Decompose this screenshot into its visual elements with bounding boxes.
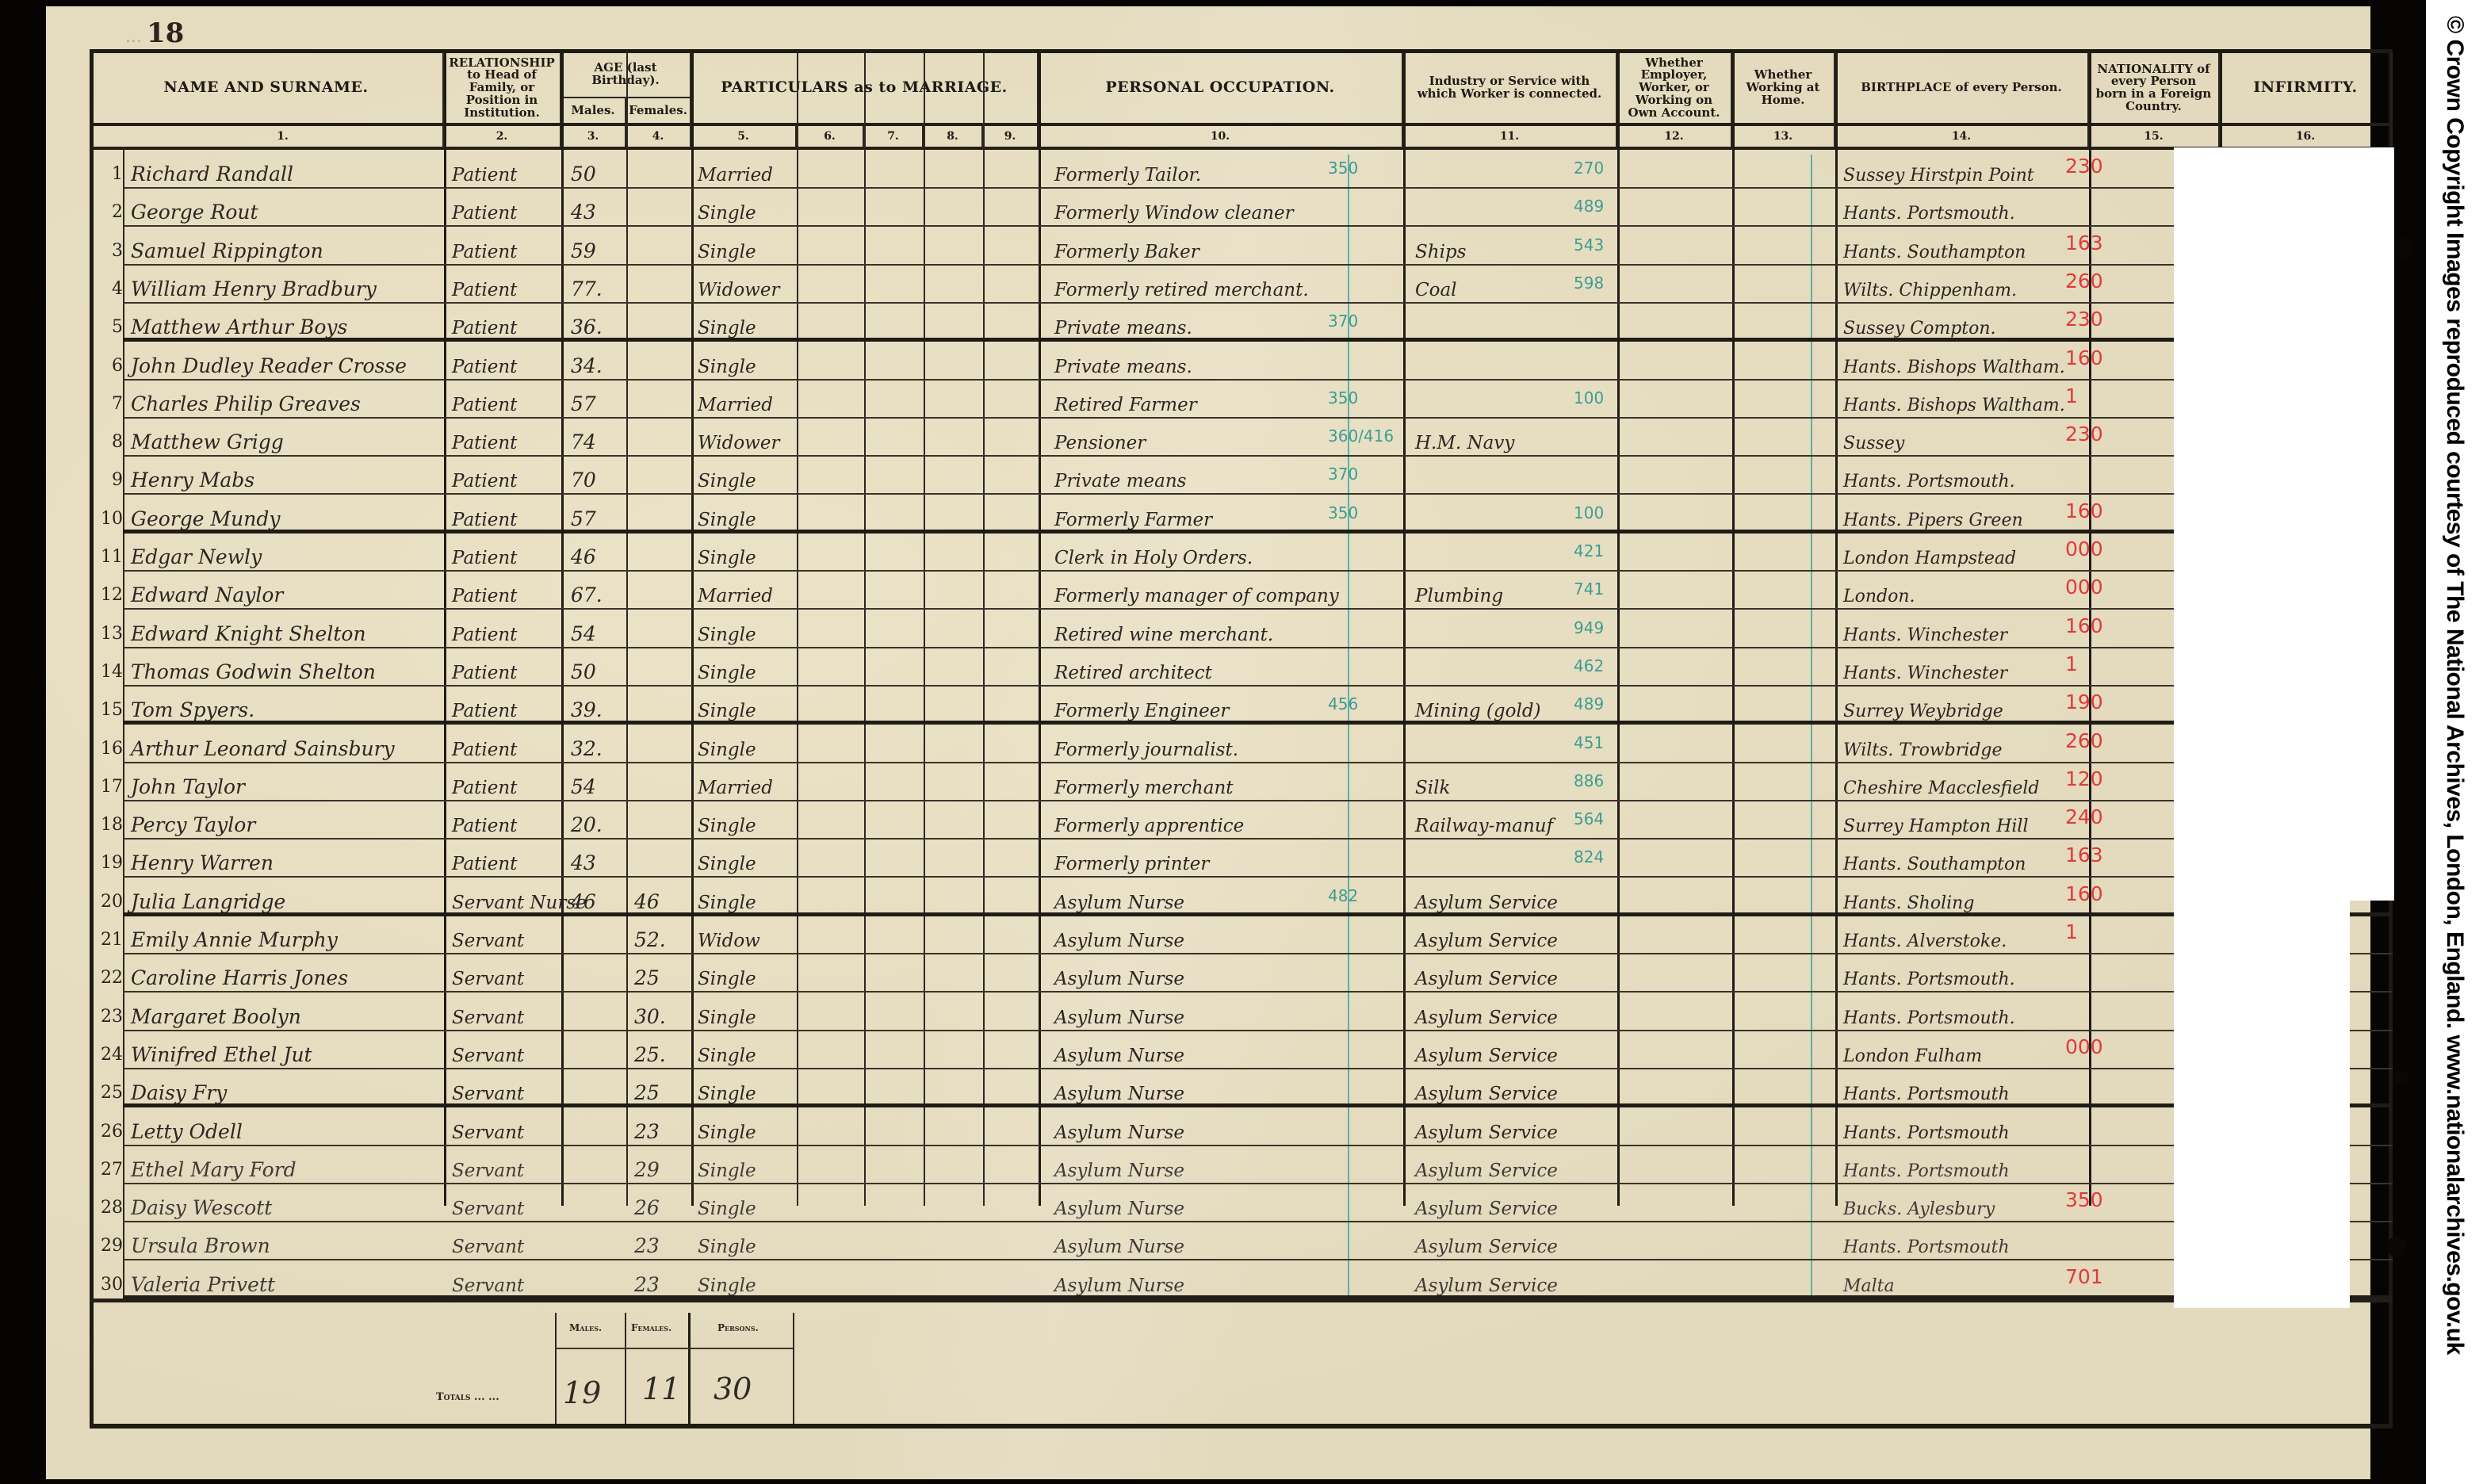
- marital-status: Single: [698, 740, 756, 760]
- marital-status: Single: [698, 357, 756, 377]
- marital-status: Single: [698, 510, 756, 530]
- birthplace-code: 160: [2065, 499, 2103, 522]
- marital-status: Married: [698, 395, 773, 415]
- birthplace: Hants. Alverstoke.: [1843, 931, 2007, 951]
- marital-status: Single: [698, 854, 756, 874]
- industry-code: 100: [1574, 388, 1604, 407]
- age-male: 43: [571, 851, 596, 874]
- industry-code: 489: [1574, 694, 1604, 713]
- marital-status: Married: [698, 165, 773, 185]
- table-row: 2George RoutPatient43SingleFormerly Wind…: [90, 189, 2393, 227]
- row-rule: [123, 608, 2393, 610]
- birthplace: Hants. Southampton: [1843, 243, 2026, 262]
- marital-status: Single: [698, 1276, 756, 1296]
- header-industry: Industry or Service with which Worker is…: [1403, 52, 1617, 124]
- birthplace: Hants. Portsmouth.: [1843, 472, 2015, 491]
- column-number-10: 10.: [1039, 124, 1403, 148]
- row-rule: [123, 876, 2393, 878]
- header-at-home-label: Whether Working at Home.: [1739, 69, 1827, 106]
- occupation: Asylum Nurse: [1054, 1008, 1184, 1028]
- industry-code: 949: [1574, 618, 1604, 637]
- relationship: Servant Nurse: [452, 893, 587, 913]
- industry-code: 886: [1574, 771, 1604, 790]
- person-name: Daisy Fry: [131, 1081, 227, 1104]
- marital-status: Widower: [698, 433, 779, 453]
- age-male: 34.: [571, 354, 603, 377]
- table-row: 5Matthew Arthur BoysPatient36.SinglePriv…: [90, 304, 2393, 342]
- birthplace-code: 190: [2065, 690, 2103, 713]
- relationship: Patient: [452, 701, 517, 721]
- relationship: Servant: [452, 1084, 524, 1104]
- birthplace: Wilts. Trowbridge: [1843, 740, 2003, 760]
- relationship: Patient: [452, 510, 517, 530]
- marital-status: Single: [698, 1161, 756, 1181]
- age-male: 70: [571, 469, 596, 491]
- birthplace: Cheshire Macclesfield: [1843, 778, 2040, 798]
- row-number: 14: [91, 662, 123, 682]
- industry: H.M. Navy: [1415, 433, 1514, 453]
- row-number: 22: [91, 968, 123, 988]
- column-number-5: 5.: [691, 124, 797, 148]
- age-female: 25.: [634, 1043, 666, 1066]
- table-row: 8Matthew GriggPatient74WidowerPensionerH…: [90, 419, 2393, 457]
- person-name: Henry Warren: [131, 851, 274, 874]
- occupation: Asylum Nurse: [1054, 893, 1184, 913]
- age-male: 54: [571, 622, 596, 645]
- header-relationship: RELATIONSHIP to Head of Family, or Posit…: [444, 52, 561, 124]
- column-number-12: 12.: [1617, 124, 1732, 148]
- marital-status: Single: [698, 893, 756, 913]
- industry: Asylum Service: [1415, 1276, 1558, 1296]
- person-name: Arthur Leonard Sainsbury: [131, 737, 395, 760]
- age-male: 36.: [571, 316, 603, 338]
- birthplace-code: 160: [2065, 346, 2103, 369]
- column-number-6: 6.: [797, 124, 864, 148]
- punch-hole: [2386, 1237, 2407, 1257]
- birthplace-code: 163: [2065, 843, 2103, 866]
- occupation: Formerly manager of company: [1054, 586, 1339, 606]
- birthplace-code: 240: [2065, 805, 2103, 828]
- person-name: John Taylor: [131, 775, 245, 798]
- birthplace: Hants. Portsmouth.: [1843, 970, 2015, 989]
- relationship: Patient: [452, 854, 517, 874]
- marital-status: Single: [698, 548, 756, 568]
- table-row: 14Thomas Godwin SheltonPatient50SingleRe…: [90, 648, 2393, 687]
- birthplace: Wilts. Chippenham.: [1843, 281, 2017, 300]
- birthplace-code: 350: [2065, 1188, 2103, 1211]
- person-name: Tom Spyers.: [131, 698, 254, 721]
- totals-persons-label: Persons.: [717, 1322, 759, 1333]
- relationship: Patient: [452, 357, 517, 377]
- relationship: Patient: [452, 663, 517, 683]
- occupation: Asylum Nurse: [1054, 1161, 1184, 1181]
- age-male: 67.: [571, 583, 603, 606]
- person-name: Winifred Ethel Jut: [131, 1043, 312, 1066]
- person-name: Richard Randall: [131, 163, 293, 185]
- industry: Asylum Service: [1415, 893, 1558, 913]
- row-number: 8: [91, 432, 123, 452]
- industry: Railway-manuf: [1415, 816, 1553, 836]
- occupation-code: 350: [1328, 503, 1358, 522]
- occupation: Formerly apprentice: [1054, 816, 1244, 836]
- row-number: 28: [91, 1198, 123, 1218]
- industry: Ships: [1415, 242, 1466, 262]
- occupation: Pensioner: [1054, 433, 1146, 453]
- birthplace-code: 701: [2065, 1265, 2103, 1288]
- header-employer: Whether Employer, Worker, or Working on …: [1617, 52, 1732, 124]
- relationship: Servant: [452, 1161, 524, 1181]
- punch-hole: [2394, 1070, 2408, 1084]
- occupation: Retired Farmer: [1054, 395, 1197, 415]
- header-birthplace: BIRTHPLACE of every Person.: [1835, 52, 2089, 124]
- copyright-notice: © Crown Copyright Images reproduced cour…: [2441, 16, 2468, 1355]
- row-number: 4: [91, 279, 123, 299]
- occupation: Formerly retired merchant.: [1054, 280, 1309, 300]
- row-number: 30: [91, 1275, 123, 1295]
- age-male: 43: [571, 201, 596, 224]
- row-number: 21: [91, 930, 123, 950]
- age-male: 59: [571, 239, 596, 262]
- person-name: Ursula Brown: [131, 1234, 270, 1257]
- person-name: Margaret Boolyn: [131, 1005, 301, 1028]
- marital-status: Single: [698, 625, 756, 645]
- age-female: 29: [634, 1158, 660, 1181]
- age-female: 25: [634, 966, 660, 989]
- occupation: Formerly Engineer: [1054, 701, 1229, 721]
- totals-males-label: Males.: [569, 1322, 602, 1333]
- occupation-code: 350: [1328, 159, 1358, 178]
- marital-status: Married: [698, 778, 773, 798]
- marital-status: Single: [698, 1084, 756, 1104]
- row-number: 26: [91, 1122, 123, 1142]
- age-female: 26: [634, 1196, 660, 1219]
- industry-code: 100: [1574, 503, 1604, 522]
- relationship: Servant: [452, 1237, 524, 1257]
- person-name: Samuel Rippington: [131, 239, 323, 262]
- occupation: Formerly journalist.: [1054, 740, 1238, 760]
- column-number-3: 3.: [561, 124, 626, 148]
- marital-status: Widower: [698, 280, 779, 300]
- birthplace: Hants. Pipers Green: [1843, 511, 2023, 530]
- header-relationship-label: RELATIONSHIP to Head of Family, or Posit…: [449, 57, 555, 120]
- age-female: 30.: [634, 1005, 666, 1028]
- relationship: Servant: [452, 969, 524, 989]
- row-number: 13: [91, 624, 123, 644]
- occupation: Asylum Nurse: [1054, 1046, 1184, 1066]
- table-row: 28Daisy WescottServant26SingleAsylum Nur…: [90, 1184, 2393, 1222]
- row-number: 5: [91, 317, 123, 337]
- birthplace: Hants. Portsmouth.: [1843, 204, 2015, 224]
- table-row: 17John TaylorPatient54MarriedFormerly me…: [90, 763, 2393, 801]
- birthplace-code: 230: [2065, 155, 2103, 178]
- occupation: Formerly Tailor.: [1054, 165, 1201, 185]
- row-number: 12: [91, 585, 123, 605]
- person-name: Julia Langridge: [131, 890, 285, 913]
- table-row: 13Edward Knight SheltonPatient54SingleRe…: [90, 610, 2393, 648]
- occupation: Asylum Nurse: [1054, 1084, 1184, 1104]
- header-occupation-label: PERSONAL OCCUPATION.: [1105, 80, 1334, 96]
- occupation: Asylum Nurse: [1054, 1199, 1184, 1219]
- occupation: Formerly Farmer: [1054, 510, 1212, 530]
- relationship: Patient: [452, 433, 517, 453]
- industry-code: 421: [1574, 541, 1604, 560]
- column-number-14: 14.: [1835, 124, 2089, 148]
- age-male: 50: [571, 163, 596, 185]
- row-rule: [123, 225, 2393, 227]
- age-male: 74: [571, 430, 596, 453]
- column-number-4: 4.: [626, 124, 691, 148]
- birthplace: Hants. Sholing: [1843, 893, 1974, 913]
- relationship: Patient: [452, 816, 517, 836]
- age-male: 54: [571, 775, 596, 798]
- row-number: 9: [91, 470, 123, 490]
- table-row: 16Arthur Leonard SainsburyPatient32.Sing…: [90, 725, 2393, 763]
- birthplace: Hants. Bishops Waltham.: [1843, 358, 2065, 377]
- relationship: Servant: [452, 1008, 524, 1028]
- marital-status: Single: [698, 203, 756, 224]
- occupation: Retired wine merchant.: [1054, 625, 1273, 645]
- occupation: Private means.: [1054, 357, 1192, 377]
- row-rule: [123, 1259, 2393, 1260]
- industry-code: 564: [1574, 809, 1604, 828]
- table-row: 4William Henry BradburyPatient77.Widower…: [90, 266, 2393, 304]
- header-employer-label: Whether Employer, Worker, or Working on …: [1624, 57, 1724, 120]
- row-number: 25: [91, 1083, 123, 1103]
- birthplace-code: 120: [2065, 767, 2103, 790]
- column-number-16: 16.: [2220, 124, 2393, 148]
- relationship: Patient: [452, 165, 517, 185]
- occupation-code: 370: [1328, 312, 1358, 331]
- marital-status: Single: [698, 816, 756, 836]
- row-number: 29: [91, 1236, 123, 1256]
- age-female: 25: [634, 1081, 660, 1104]
- industry: Plumbing: [1415, 586, 1503, 606]
- age-male: 39.: [571, 698, 603, 721]
- table-row: 27Ethel Mary FordServant29SingleAsylum N…: [90, 1146, 2393, 1184]
- birthplace-code: 260: [2065, 270, 2103, 293]
- header-at-home: Whether Working at Home.: [1732, 52, 1835, 124]
- marital-status: Single: [698, 1199, 756, 1219]
- age-male: 50: [571, 660, 596, 683]
- header-occupation: PERSONAL OCCUPATION.: [1039, 52, 1403, 124]
- age-male: 46: [571, 890, 596, 913]
- birthplace: Hants. Portsmouth: [1843, 1237, 2010, 1257]
- age-female: 23: [634, 1120, 660, 1143]
- totals-females-label: Females.: [631, 1322, 671, 1333]
- marital-status: Widow: [698, 931, 760, 951]
- birthplace-code: 260: [2065, 729, 2103, 752]
- table-row: 19Henry WarrenPatient43SingleFormerly pr…: [90, 840, 2393, 878]
- marital-status: Single: [698, 318, 756, 338]
- marital-status: Single: [698, 663, 756, 683]
- birthplace: London.: [1843, 587, 1915, 606]
- birthplace-code: 000: [2065, 537, 2103, 560]
- page-number-faint: ...: [125, 27, 142, 47]
- relationship: Patient: [452, 395, 517, 415]
- header-nationality: NATIONALITY of every Person born in a Fo…: [2089, 52, 2220, 124]
- page-number: ...18: [125, 17, 184, 49]
- birthplace-code: 230: [2065, 308, 2103, 331]
- row-number: 11: [91, 547, 123, 567]
- industry: Asylum Service: [1415, 1008, 1558, 1028]
- relationship: Patient: [452, 280, 517, 300]
- totals-females: 11: [642, 1371, 680, 1406]
- marital-status: Single: [698, 471, 756, 491]
- industry: Asylum Service: [1415, 931, 1558, 951]
- occupation: Asylum Nurse: [1054, 1237, 1184, 1257]
- occupation: Asylum Nurse: [1054, 969, 1184, 989]
- row-rule: [123, 991, 2393, 993]
- table-row: 26Letty OdellServant23SingleAsylum Nurse…: [90, 1108, 2393, 1146]
- column-number-13: 13.: [1732, 124, 1835, 148]
- header-age-label: AGE (last Birthday).: [561, 62, 690, 87]
- relationship: Patient: [452, 471, 517, 491]
- birthplace: Hants. Portsmouth: [1843, 1161, 2010, 1181]
- birthplace: Hants. Portsmouth.: [1843, 1008, 2015, 1028]
- birthplace-code: 163: [2065, 231, 2103, 254]
- age-male: 32.: [571, 737, 603, 760]
- table-row: 30Valeria PrivettServant23SingleAsylum N…: [90, 1261, 2393, 1299]
- column-number-1: 1.: [123, 124, 444, 148]
- row-number: 15: [91, 700, 123, 720]
- row-number: 18: [91, 815, 123, 835]
- industry: Asylum Service: [1415, 1046, 1558, 1066]
- occupation: Asylum Nurse: [1054, 931, 1184, 951]
- industry-code: 824: [1574, 847, 1604, 866]
- column-number-15: 15.: [2089, 124, 2220, 148]
- totals-males: 19: [563, 1375, 601, 1410]
- birthplace-code: 1: [2065, 920, 2078, 943]
- age-male: 57: [571, 507, 596, 530]
- birthplace: Malta: [1843, 1276, 1895, 1296]
- page-number-value: 18: [147, 17, 184, 49]
- marital-status: Single: [698, 1123, 756, 1143]
- table-row: 23Margaret BoolynServant30.SingleAsylum …: [90, 993, 2393, 1031]
- age-male: 77.: [571, 277, 603, 300]
- table-row: 12Edward NaylorPatient67.MarriedFormerly…: [90, 572, 2393, 610]
- relationship: Patient: [452, 203, 517, 224]
- header-infirmity: INFIRMITY.: [2220, 52, 2393, 124]
- birthplace: London Hampstead: [1843, 549, 2016, 568]
- person-name: George Rout: [131, 201, 258, 224]
- age-male: 57: [571, 392, 596, 415]
- industry: Asylum Service: [1415, 969, 1558, 989]
- table-row: 3Samuel RippingtonPatient59SingleFormerl…: [90, 228, 2393, 266]
- industry: Asylum Service: [1415, 1084, 1558, 1104]
- relationship: Patient: [452, 586, 517, 606]
- column-number-9: 9.: [983, 124, 1039, 148]
- person-name: Edgar Newly: [131, 545, 262, 568]
- birthplace-code: 230: [2065, 423, 2103, 446]
- relationship: Servant: [452, 931, 524, 951]
- age-female: 23: [634, 1273, 660, 1296]
- table-row: 29Ursula BrownServant23SingleAsylum Nurs…: [90, 1222, 2393, 1260]
- table-row: 15Tom Spyers.Patient39.SingleFormerly En…: [90, 687, 2393, 725]
- industry: Asylum Service: [1415, 1199, 1558, 1219]
- relationship: Patient: [452, 318, 517, 338]
- marital-status: Single: [698, 1008, 756, 1028]
- totals-divider: [555, 1313, 557, 1424]
- age-male: 46: [571, 545, 596, 568]
- birthplace-code: 160: [2065, 614, 2103, 637]
- relationship: Servant: [452, 1276, 524, 1296]
- industry-code: 462: [1574, 656, 1604, 675]
- row-number: 1: [91, 164, 123, 184]
- birthplace: Hants. Winchester: [1843, 664, 2007, 683]
- occupation: Formerly merchant: [1054, 778, 1234, 798]
- occupation: Asylum Nurse: [1054, 1276, 1184, 1296]
- header-name: NAME AND SURNAME.: [90, 52, 444, 124]
- person-name: John Dudley Reader Crosse: [131, 354, 407, 377]
- occupation: Private means: [1054, 471, 1186, 491]
- header-infirmity-label: INFIRMITY.: [2253, 80, 2357, 96]
- industry: Asylum Service: [1415, 1123, 1558, 1143]
- person-name: William Henry Bradbury: [131, 277, 377, 300]
- relationship: Patient: [452, 740, 517, 760]
- row-number: 6: [91, 356, 123, 376]
- person-name: Daisy Wescott: [131, 1196, 272, 1219]
- occupation: Formerly Window cleaner: [1054, 203, 1294, 224]
- birthplace-code: 160: [2065, 882, 2103, 905]
- row-rule: [123, 493, 2393, 495]
- person-name: Ethel Mary Ford: [131, 1158, 297, 1181]
- column-number-7: 7.: [864, 124, 924, 148]
- relationship: Patient: [452, 625, 517, 645]
- occupation-code: 350: [1328, 388, 1358, 407]
- birthplace-code: 000: [2065, 576, 2103, 599]
- birthplace: Hants. Portsmouth: [1843, 1123, 2010, 1143]
- industry: Mining (gold): [1415, 701, 1541, 721]
- marital-status: Single: [698, 969, 756, 989]
- table-row: 11Edgar NewlyPatient46SingleClerk in Hol…: [90, 534, 2393, 572]
- person-name: Edward Knight Shelton: [131, 622, 366, 645]
- occupation: Clerk in Holy Orders.: [1054, 548, 1253, 568]
- birthplace: London Fulham: [1843, 1046, 1982, 1066]
- table-bottom-rule: [90, 1298, 2393, 1302]
- industry-code: 270: [1574, 159, 1604, 178]
- age-female: 46: [634, 890, 660, 913]
- column-number-8: 8.: [924, 124, 983, 148]
- relationship: Servant: [452, 1123, 524, 1143]
- industry-code: 741: [1574, 579, 1604, 599]
- age-male: 20.: [571, 813, 603, 836]
- birthplace: Surrey Hampton Hill: [1843, 817, 2029, 836]
- person-name: Emily Annie Murphy: [131, 928, 338, 951]
- row-number: 3: [91, 241, 123, 261]
- person-name: Edward Naylor: [131, 583, 283, 606]
- birthplace: Hants. Southampton: [1843, 855, 2026, 874]
- industry-code: 489: [1574, 197, 1604, 216]
- header-age-females: Females.: [626, 98, 691, 124]
- totals-rule: [555, 1348, 793, 1349]
- header-age-males-label: Males.: [571, 105, 614, 117]
- relationship: Servant: [452, 1046, 524, 1066]
- person-name: Charles Philip Greaves: [131, 392, 361, 415]
- totals-persons: 30: [714, 1371, 752, 1406]
- birthplace-code: 1: [2065, 384, 2078, 407]
- table-row: 24Winifred Ethel JutServant25.SingleAsyl…: [90, 1031, 2393, 1069]
- header-industry-label: Industry or Service with which Worker is…: [1410, 75, 1609, 101]
- occupation: Retired architect: [1054, 663, 1212, 683]
- row-number: 7: [91, 394, 123, 414]
- relationship: Patient: [452, 778, 517, 798]
- industry: Coal: [1415, 280, 1457, 300]
- row-number: 2: [91, 202, 123, 222]
- row-number: 24: [91, 1045, 123, 1065]
- column-number-11: 11.: [1403, 124, 1617, 148]
- table-row: 20Julia LangridgeServant Nurse4646Single…: [90, 878, 2393, 916]
- industry: Silk: [1415, 778, 1450, 798]
